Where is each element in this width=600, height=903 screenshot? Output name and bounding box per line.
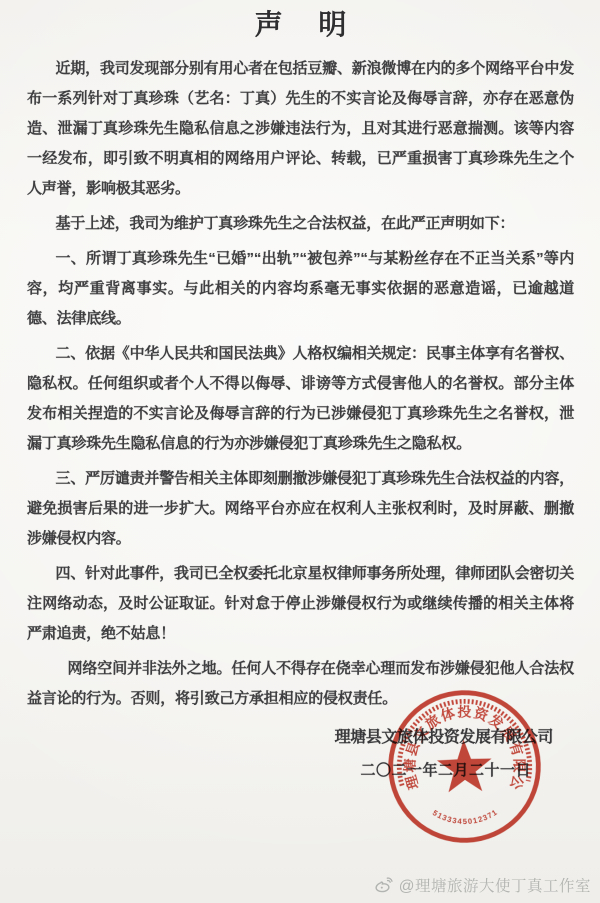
document-content: 声 明 近期，我司发现部分别有用心者在包括豆瓣、新浪微博在内的多个网络平台中发布… — [27, 6, 574, 719]
statement-paragraph: 三、严厉谴责并警告相关主体即刻删撤涉嫌侵犯丁真珍珠先生合法权益的内容，避免损害后… — [27, 464, 574, 554]
statement-paragraph: 一、所谓丁真珍珠先生“已婚”“出轨”“被包养”“与某粉丝存在不正当关系”等内容，… — [27, 244, 574, 334]
document-title: 声 明 — [27, 6, 574, 44]
seal-serial-number: 5133345012371 — [431, 806, 500, 827]
statement-paragraph: 四、针对此事件，我司已全权委托北京星权律师事务所处理，律师团队会密切关注网络动态… — [27, 559, 574, 649]
weibo-icon — [373, 874, 395, 896]
statement-paragraph: 基于上述，我司为维护丁真珍珠先生之合法权益，在此严正声明如下： — [27, 209, 574, 239]
company-seal-graphic: 理塘县文旅体投资发展有限公司 5133345012371 — [380, 682, 549, 851]
star-icon — [436, 739, 492, 793]
statement-paragraph: 近期，我司发现部分别有用心者在包括豆瓣、新浪微博在内的多个网络平台中发布一系列针… — [27, 54, 574, 204]
statement-document: 声 明 近期，我司发现部分别有用心者在包括豆瓣、新浪微博在内的多个网络平台中发布… — [0, 0, 600, 903]
watermark-handle: @理塘旅游大使丁真工作室 — [399, 874, 591, 896]
company-seal: 理塘县文旅体投资发展有限公司 5133345012371 — [380, 682, 549, 851]
statement-body: 近期，我司发现部分别有用心者在包括豆瓣、新浪微博在内的多个网络平台中发布一系列针… — [27, 54, 574, 714]
weibo-watermark: @理塘旅游大使丁真工作室 — [373, 874, 591, 896]
statement-paragraph: 二、依据《中华人民共和国民法典》人格权编相关规定：民事主体享有名誉权、隐私权。任… — [27, 339, 574, 459]
